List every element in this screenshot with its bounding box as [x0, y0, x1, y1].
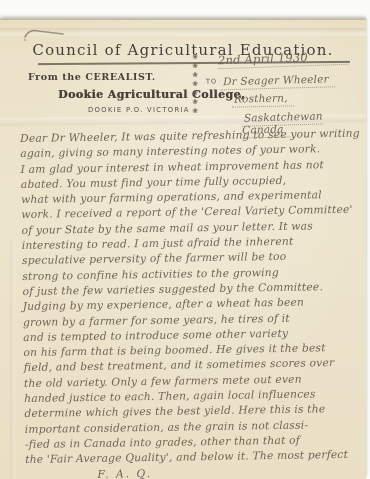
letterhead-from-line: From the CEREALIST.	[28, 72, 156, 83]
paper-crease	[10, 240, 15, 479]
floral-ornament-icon: ❀❀❀❀❀❀❀	[190, 53, 200, 131]
recipient-line: Rosthern,	[232, 92, 294, 105]
letter-body: Dear Dr Wheeler, It was quite refreshing…	[20, 126, 369, 479]
recipient-name: Dr Seager Wheeler	[221, 73, 335, 90]
letter-paper: Council of Agricultural Education. From …	[0, 19, 366, 479]
recipient-line: TODr Seager Wheeler	[206, 73, 335, 88]
to-label: TO	[206, 77, 217, 85]
scanned-letter: Council of Agricultural Education. From …	[0, 0, 370, 479]
letterhead-post-office: DOOKIE P.O. VICTORIA	[88, 106, 190, 114]
pencil-mark-icon	[22, 26, 66, 42]
letterhead-college-name: Dookie Agricultural College,	[58, 88, 245, 101]
recipient-town: Rosthern,	[232, 92, 294, 107]
date-field: 2nd April 1930	[218, 49, 348, 70]
